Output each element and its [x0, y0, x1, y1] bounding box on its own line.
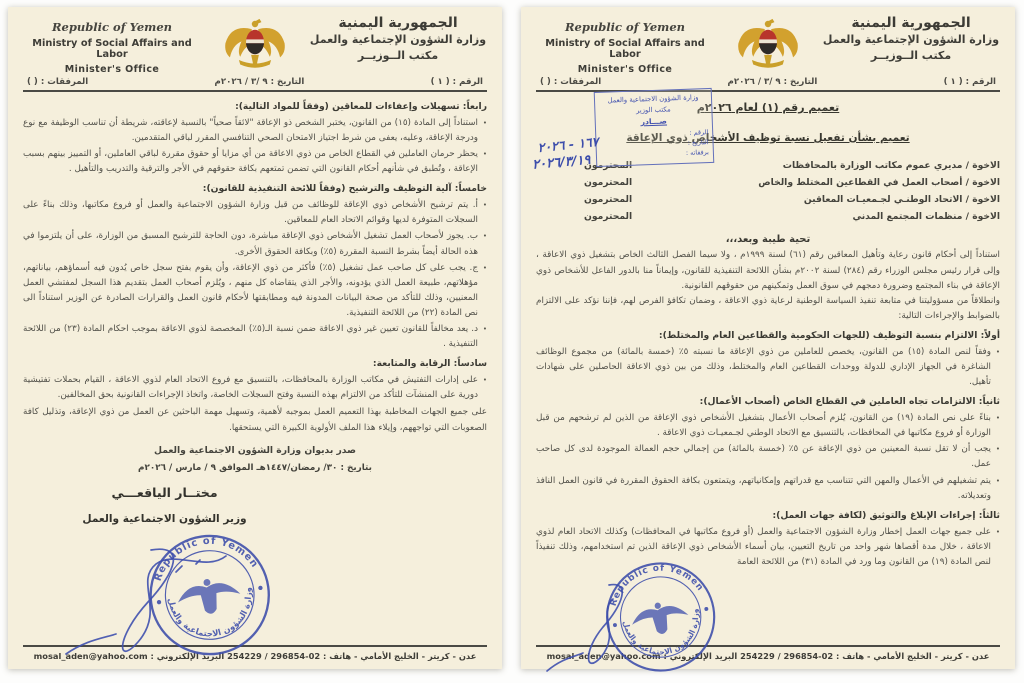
paragraph: استناداً إلى المادة (١٥) من القانون، يخت… [23, 116, 487, 146]
section-title-first: أولاً: الالتزام بنسبة التوظيف (للجهات ال… [536, 328, 1000, 344]
country-name-ar: الجمهورية اليمنية [822, 15, 1000, 31]
office-name-ar: مكتب الــوزيــر [309, 49, 487, 62]
ref-attachments: المرفقات : ( ) [540, 77, 601, 87]
addressee-row: الاخوة / أصحاب العمل في القطاعين المختلط… [536, 174, 1000, 191]
addressee-honorific: المحترمون [584, 174, 632, 191]
ref-number: الرقم : ( ١ ) [944, 77, 996, 87]
country-name-en: Republic of Yemen [536, 20, 714, 34]
paragraph: ب. يجوز لأصحاب العمل تشغيل الأشخاص ذوي ا… [23, 229, 487, 259]
section-title-fourth: رابعاً: تسهيلات وإعفاءات للمعاقين (وفقاً… [23, 99, 487, 115]
document-page-1: Republic of Yemen Ministry of Social Aff… [521, 7, 1015, 669]
issued-date: بتاريخ : ٣٠/ رمضان/١٤٤٧هـ الموافق ٩ / ما… [23, 461, 487, 476]
ref-number: الرقم : ( ١ ) [431, 77, 483, 87]
registry-stamp-box: وزارة الشؤون الاجتماعية والعمل مكتب الوز… [594, 88, 715, 167]
office-name-en: Minister's Office [23, 64, 201, 75]
letterhead-arabic: الجمهورية اليمنية وزارة الشؤون الإجتماعي… [822, 15, 1000, 62]
addressee-row: الاخوة / منظمات المجتمع المدني المحترمون [536, 208, 1000, 225]
section-title-sixth: سادساً: الرقابة والمتابعة: [23, 356, 487, 372]
paragraph: يتم تشغيلهم في الأعمال والمهن التي تتناس… [536, 474, 1000, 504]
letterhead-english: Republic of Yemen Ministry of Social Aff… [23, 15, 201, 75]
addressee-name: الاخوة / الاتحاد الوطنـي لجـمعيـات المعا… [804, 191, 1000, 208]
ref-date: التاريخ : ٩ /٣ / ٢٠٢٦م [728, 77, 818, 87]
ministry-name-en: Ministry of Social Affairs and Labor [23, 38, 201, 60]
addressee-row: الاخوة / الاتحاد الوطنـي لجـمعيـات المعا… [536, 191, 1000, 208]
office-name-en: Minister's Office [536, 64, 714, 75]
closing-paragraph: على جميع الجهات المخاطبة بهذا التعميم ال… [23, 405, 487, 435]
letterhead-english: Republic of Yemen Ministry of Social Aff… [536, 15, 714, 75]
yemen-emblem-icon [728, 15, 808, 69]
country-name-en: Republic of Yemen [23, 20, 201, 34]
document-body: تعميم رقم (١) لعام ٢٠٢٦م تعميم بشأن تفعي… [536, 99, 1000, 570]
addressee-name: الاخوة / منظمات المجتمع المدني [852, 208, 1000, 225]
addressee-list: الاخوة / مديري عموم مكاتب الوزارة بالمحا… [536, 157, 1000, 225]
letterhead: Republic of Yemen Ministry of Social Aff… [536, 15, 1000, 75]
document-body: رابعاً: تسهيلات وإعفاءات للمعاقين (وفقاً… [23, 99, 487, 528]
ministry-name-ar: وزارة الشؤون الإجتماعية والعمل [309, 33, 487, 46]
ministry-round-stamp: Republic of Yemen وزارة الشؤون الاجتماعي… [137, 523, 282, 672]
intro-paragraph: وانطلاقاً من مسؤوليتنا في متابعة تنفيذ ا… [536, 294, 1000, 324]
paragraph: د. يعد مخالفاً للقانون تعيين غير ذوي الا… [23, 322, 487, 352]
greeting-line: تحية طيبة وبعد،،، [536, 231, 1000, 248]
ref-date: التاريخ : ٩ /٣ / ٢٠٢٦م [215, 77, 305, 87]
ministry-name-en: Ministry of Social Affairs and Labor [536, 38, 714, 60]
paragraph: على إدارات التفتيش في مكاتب الوزارة بالم… [23, 373, 487, 403]
section-title-third: ثالثاً: إجراءات الإبلاغ والتوثيق (لكافة … [536, 508, 1000, 524]
paragraph: وفقاً لنص المادة (١٥) من القانون، يخصص ل… [536, 345, 1000, 390]
addressee-name: الاخوة / مديري عموم مكاتب الوزارة بالمحا… [783, 157, 1000, 174]
paragraph: ج. يجب على كل صاحب عمل تشغيل (٥٪) فأكثر … [23, 261, 487, 322]
outgoing-registry-stamp: وزارة الشؤون الاجتماعية والعمل مكتب الوز… [534, 88, 714, 169]
stamp-sader-label: صـــادر [600, 114, 708, 130]
header-rule [23, 90, 487, 92]
letterhead-meta-row: الرقم : ( ١ ) التاريخ : ٩ /٣ / ٢٠٢٦م الم… [23, 77, 487, 87]
addressee-honorific: المحترمون [584, 208, 632, 225]
document-page-2: Republic of Yemen Ministry of Social Aff… [8, 7, 502, 669]
addressee-name: الاخوة / أصحاب العمل في القطاعين المختلط… [758, 174, 1000, 191]
letterhead-meta-row: الرقم : ( ١ ) التاريخ : ٩ /٣ / ٢٠٢٦م الم… [536, 77, 1000, 87]
signature-block: مختــار الياقعـــي وزير الشؤون الاجتماعي… [52, 482, 277, 529]
letterhead-arabic: الجمهورية اليمنية وزارة الشؤون الإجتماعي… [309, 15, 487, 62]
office-name-ar: مكتب الــوزيــر [822, 49, 1000, 62]
paragraph: بناءً على نص المادة (١٩) من القانون، يُل… [536, 411, 1000, 441]
section-title-fifth: خامساً: آلية التوظيف والترشيح (وفقاً للا… [23, 181, 487, 197]
intro-paragraph: استناداً إلى أحكام قانون رعاية وتأهيل ال… [536, 248, 1000, 293]
country-name-ar: الجمهورية اليمنية [309, 15, 487, 31]
addressee-honorific: المحترمون [584, 191, 632, 208]
paragraph: يحظر حرمان العاملين في القطاع الخاص من ذ… [23, 147, 487, 177]
section-title-second: ثانياً: الالتزامات تجاه العاملين في القط… [536, 394, 1000, 410]
paragraph: أ. يتم ترشيح الأشخاص ذوي الإعاقة للوظائف… [23, 198, 487, 228]
ministry-name-ar: وزارة الشؤون الإجتماعية والعمل [822, 33, 1000, 46]
yemen-emblem-icon [215, 15, 295, 69]
issued-line: صدر بديوان وزارة الشؤون الاجتماعية والعم… [23, 443, 487, 459]
paragraph: على جميع جهات العمل إخطار وزارة الشؤون ا… [536, 525, 1000, 570]
ref-attachments: المرفقات : ( ) [27, 77, 88, 87]
minister-name: مختــار الياقعـــي [52, 482, 277, 504]
ministry-round-stamp: Republic of Yemen وزارة الشؤون الاجتماعي… [593, 550, 728, 683]
letterhead: Republic of Yemen Ministry of Social Aff… [23, 15, 487, 75]
paragraph: يجب أن لا تقل نسبة المعينين من ذوي الإعا… [536, 442, 1000, 472]
